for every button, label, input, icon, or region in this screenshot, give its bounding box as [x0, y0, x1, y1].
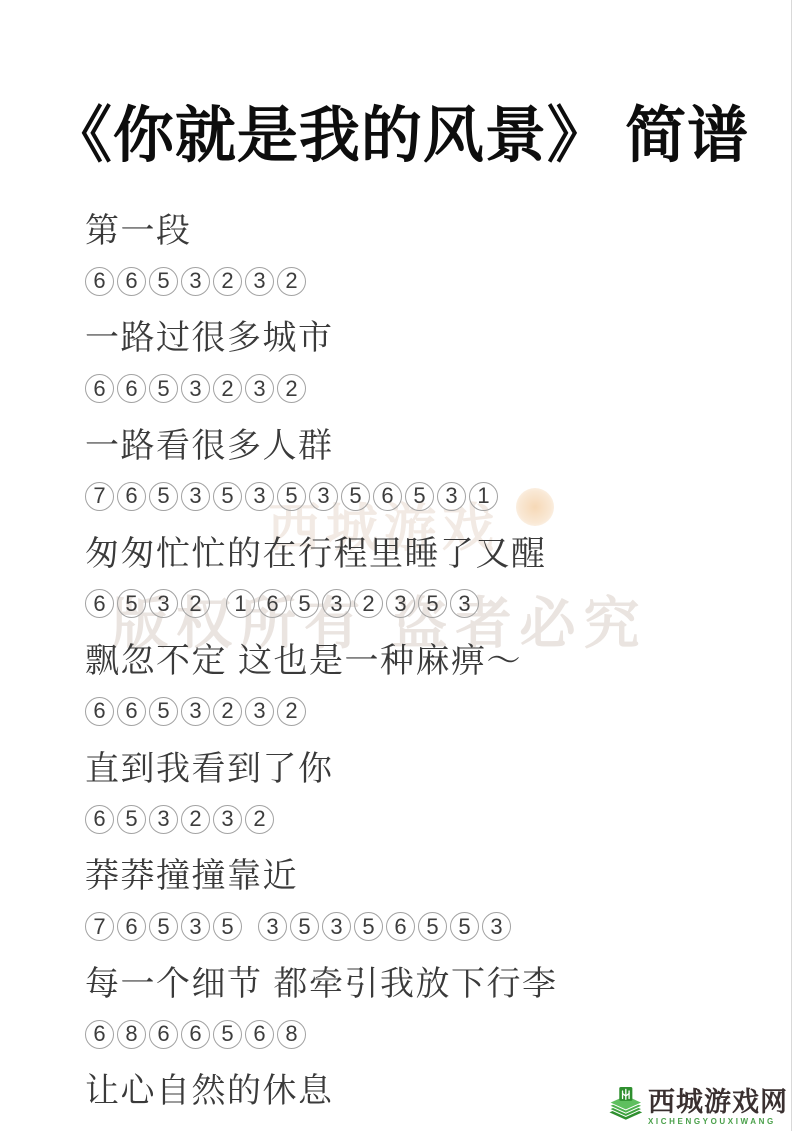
notes-line: 7653535356553 [85, 900, 800, 954]
note-circle: 5 [341, 482, 370, 511]
note-circle: 7 [85, 912, 114, 941]
note-circle: 2 [277, 697, 306, 726]
lyric-line: 匆匆忙忙的在行程里睡了又醒 [85, 523, 800, 577]
note-circle: 6 [245, 1020, 274, 1049]
note-circle: 6 [117, 912, 146, 941]
note-circle: 5 [149, 912, 178, 941]
lyric-line: 一路看很多人群 [85, 416, 800, 470]
note-circle: 6 [117, 697, 146, 726]
note-circle: 3 [181, 482, 210, 511]
site-logo-text: 西城游戏网 XICHENGYOUXIWANG [648, 1089, 788, 1126]
note-circle: 2 [181, 589, 210, 618]
note-circle: 2 [213, 267, 242, 296]
note-circle: 3 [386, 589, 415, 618]
notes-line: 6653232 [85, 362, 800, 416]
note-circle: 3 [149, 589, 178, 618]
notes-line: 6866568 [85, 1007, 800, 1061]
note-circle: 1 [226, 589, 255, 618]
note-circle: 8 [117, 1020, 146, 1049]
note-circle: 2 [213, 697, 242, 726]
note-circle: 8 [277, 1020, 306, 1049]
note-circle: 3 [245, 482, 274, 511]
note-circle: 3 [322, 912, 351, 941]
note-circle: 3 [181, 374, 210, 403]
note-circle: 3 [245, 374, 274, 403]
note-circle: 6 [117, 374, 146, 403]
note-circle: 2 [245, 805, 274, 834]
note-circle: 5 [405, 482, 434, 511]
note-circle: 3 [322, 589, 351, 618]
site-logo: 西城游戏网 XICHENGYOUXIWANG [607, 1086, 788, 1129]
note-circle: 5 [290, 912, 319, 941]
notes-line: 6653232 [85, 685, 800, 739]
note-circle: 5 [213, 912, 242, 941]
note-circle: 6 [85, 374, 114, 403]
note-circle: 2 [354, 589, 383, 618]
note-circle: 6 [85, 267, 114, 296]
note-circle: 5 [213, 482, 242, 511]
note-circle: 3 [245, 697, 274, 726]
note-circle: 3 [181, 912, 210, 941]
note-circle: 5 [149, 482, 178, 511]
note-circle: 1 [469, 482, 498, 511]
note-circle: 3 [245, 267, 274, 296]
lyric-line: 莽莽撞撞靠近 [85, 846, 800, 900]
note-circle: 5 [450, 912, 479, 941]
note-circle: 5 [149, 697, 178, 726]
lyric-line: 直到我看到了你 [85, 738, 800, 792]
note-circle: 6 [85, 697, 114, 726]
note-circle: 6 [373, 482, 402, 511]
site-logo-name: 西城游戏网 [648, 1089, 788, 1116]
note-circle: 3 [482, 912, 511, 941]
note-circle: 2 [181, 805, 210, 834]
note-circle: 6 [85, 1020, 114, 1049]
notes-line: 6653232 [85, 254, 800, 308]
lyric-line: 飘忽不定 这也是一种麻痹～ [85, 631, 800, 685]
note-circle: 3 [213, 805, 242, 834]
note-circle: 5 [354, 912, 383, 941]
note-circle: 6 [117, 482, 146, 511]
note-circle: 5 [277, 482, 306, 511]
note-circle: 5 [149, 267, 178, 296]
note-circle: 5 [117, 589, 146, 618]
note-circle: 7 [85, 482, 114, 511]
note-circle: 5 [213, 1020, 242, 1049]
note-circle: 3 [309, 482, 338, 511]
note-circle: 3 [149, 805, 178, 834]
note-circle: 5 [418, 912, 447, 941]
note-circle: 3 [181, 267, 210, 296]
note-circle: 3 [258, 912, 287, 941]
page-edge-divider [791, 0, 792, 1131]
note-circle: 5 [418, 589, 447, 618]
site-logo-romanized: XICHENGYOUXIWANG [648, 1118, 776, 1126]
note-circle: 3 [450, 589, 479, 618]
notes-line: 653232 [85, 792, 800, 846]
note-circle: 5 [149, 374, 178, 403]
note-circle: 2 [213, 374, 242, 403]
site-logo-icon [607, 1086, 643, 1129]
lyric-line: 每一个细节 都牵引我放下行李 [85, 954, 800, 1008]
note-circle: 5 [290, 589, 319, 618]
sheet-music-page: 《你就是我的风景》 简谱 西城游戏 版权所有 盗者必究 第一段6653232一路… [0, 0, 800, 1131]
note-circle: 2 [277, 267, 306, 296]
notes-line: 653216532353 [85, 577, 800, 631]
note-circle: 6 [85, 589, 114, 618]
note-circle: 3 [437, 482, 466, 511]
notes-line: 7653535356531 [85, 469, 800, 523]
page-title: 《你就是我的风景》 简谱 [0, 96, 800, 178]
score-lines: 第一段6653232一路过很多城市6653232一路看很多人群765353535… [85, 200, 800, 1115]
note-circle: 3 [181, 697, 210, 726]
note-circle: 6 [85, 805, 114, 834]
note-circle: 6 [258, 589, 287, 618]
note-circle: 5 [117, 805, 146, 834]
note-circle: 6 [181, 1020, 210, 1049]
note-circle: 6 [386, 912, 415, 941]
lyric-line: 一路过很多城市 [85, 308, 800, 362]
note-circle: 2 [277, 374, 306, 403]
note-circle: 6 [149, 1020, 178, 1049]
note-circle: 6 [117, 267, 146, 296]
lyric-line: 第一段 [85, 200, 800, 254]
